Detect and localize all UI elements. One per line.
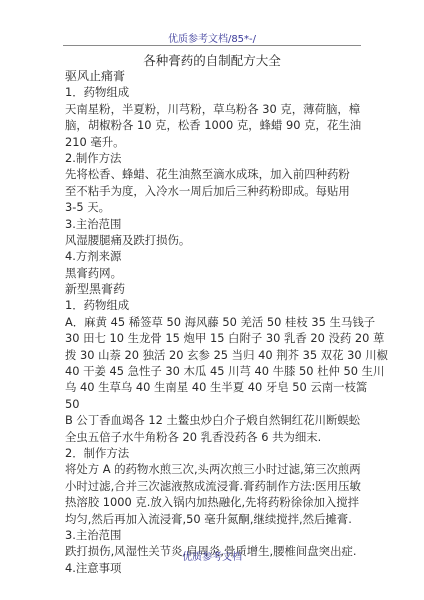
document-title: 各种膏药的自制配方大全 [63,51,361,69]
body-line: 210 毫升。 [65,134,361,150]
body-line: A．麻黄 45 稀签草 50 海风藤 50 羌活 50 桂枝 35 生马钱子 [65,314,361,330]
subsection-heading: 4.方剂来源 [65,248,361,264]
body-line: 小时过滤,合并三次滤液熬成流浸膏.膏药制作方法:医用压敏 [65,478,361,494]
subsection-heading: 2.制作方法 [65,150,361,166]
body-line: 40 干姜 45 急性子 30 木瓜 45 川芎 40 牛膝 50 杜仲 50 … [65,363,361,379]
section-heading: 新型黑膏药 [65,281,361,297]
body-line: 将处方 A 的药物水煎三次,头两次煎三小时过滤,第三次煎两 [65,461,361,477]
body-line: 乌 40 生草乌 40 生南星 40 生半夏 40 牙皂 50 云南一枝篙 [65,379,361,395]
body-line: 拨 30 山萘 20 独活 20 玄参 25 当归 40 荆芥 35 双花 30… [65,347,361,363]
page-header: 优质参考文档/85*-/ [63,30,361,45]
body-line: 黑膏药网。 [65,265,361,281]
subsection-heading: 3.主治范围 [65,527,361,543]
body-line: 先将松香、蜂蜡、花生油熬至滴水成珠，加入前四种药粉 [65,166,361,182]
body-line: 脑，胡椒粉各 10 克，松香 1000 克，蜂蜡 90 克，花生油 [65,117,361,133]
body-line: 热溶胶 1000 克.放入锅内加热融化,先将药粉徐徐加入搅拌 [65,494,361,510]
body-line: 至不粘手为度，入冷水一周后加后三种药粉即成。每贴用 [65,183,361,199]
body-line: 天南星粉，半夏粉，川芎粉，草乌粉各 30 克，薄荷脑，樟 [65,101,361,117]
document-body: 驱风止痛膏 1．药物组成 天南星粉，半夏粉，川芎粉，草乌粉各 30 克，薄荷脑，… [65,68,361,576]
subsection-heading: 3.主治范围 [65,216,361,232]
body-line: 全虫五倍子水牛角粉各 20 乳香没药各 6 共为细末. [65,429,361,445]
body-line: 30 田七 10 生龙骨 15 炮甲 15 白附子 30 乳香 20 没药 20… [65,330,361,346]
body-line: B 公丁香血竭各 12 土鳖虫炒白介子煅自然铜红花川断蜈蚣 [65,412,361,428]
body-line: 风湿腰腿痛及跌打损伤。 [65,232,361,248]
header-divider [63,45,361,46]
page-footer: 优质参考文档 [63,548,361,563]
body-line: 50 [65,396,361,412]
subsection-heading: 2．制作方法 [65,445,361,461]
body-line: 3-5 天。 [65,199,361,215]
subsection-heading: 1．药物组成 [65,84,361,100]
subsection-heading: 1．药物组成 [65,297,361,313]
body-line: 均匀,然后再加入流浸膏,50 毫升氮酮,继续搅拌,然后摊膏. [65,511,361,527]
section-heading: 驱风止痛膏 [65,68,361,84]
